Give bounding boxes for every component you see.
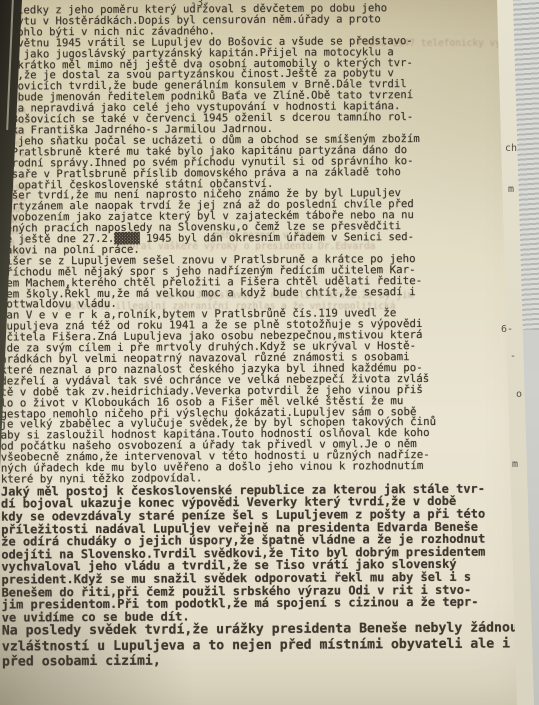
typewritten-paragraph: Fišer tvrdí,že mu není naprosto ničeho z… xyxy=(0,188,519,257)
edge-text-fragment: - xyxy=(510,351,516,362)
edge-text-fragment: m xyxy=(512,459,518,470)
edge-text-fragment: o xyxy=(516,389,522,400)
typewritten-paragraph: V květnu 1945 vrátil se Lupuljev do Bošo… xyxy=(0,35,519,136)
edge-text-fragment: ch xyxy=(505,143,517,154)
typewritten-paragraph: Jan V e v e r k a,rolník,bytem v Pratlsb… xyxy=(0,308,521,486)
typewritten-paragraph: Na posledy svědek tvrdí,že urážky presid… xyxy=(2,621,522,670)
typewritten-paragraph: Po jeho sňatku počal se ucházeti o dům a… xyxy=(0,133,519,191)
typewritten-paragraph: následky z jeho poměru který udržoval s … xyxy=(0,2,518,38)
typewritten-paragraph: Fišer se z Lupuljevem sešel znovu v Prat… xyxy=(0,253,520,311)
photo-frame: Dez byl ván z př dubn ho t Rakl přec čí … xyxy=(0,0,539,705)
document-page: Dez byl ván z př dubn ho t Rakl přec čí … xyxy=(0,0,539,705)
edge-text-fragment: 6- xyxy=(501,324,513,335)
typewritten-text-block: následky z jeho poměru který udržoval s … xyxy=(0,2,522,669)
typewritten-paragraph: Jaký měl postoj k československé republi… xyxy=(1,482,522,624)
edge-text-fragment: m xyxy=(508,184,514,195)
